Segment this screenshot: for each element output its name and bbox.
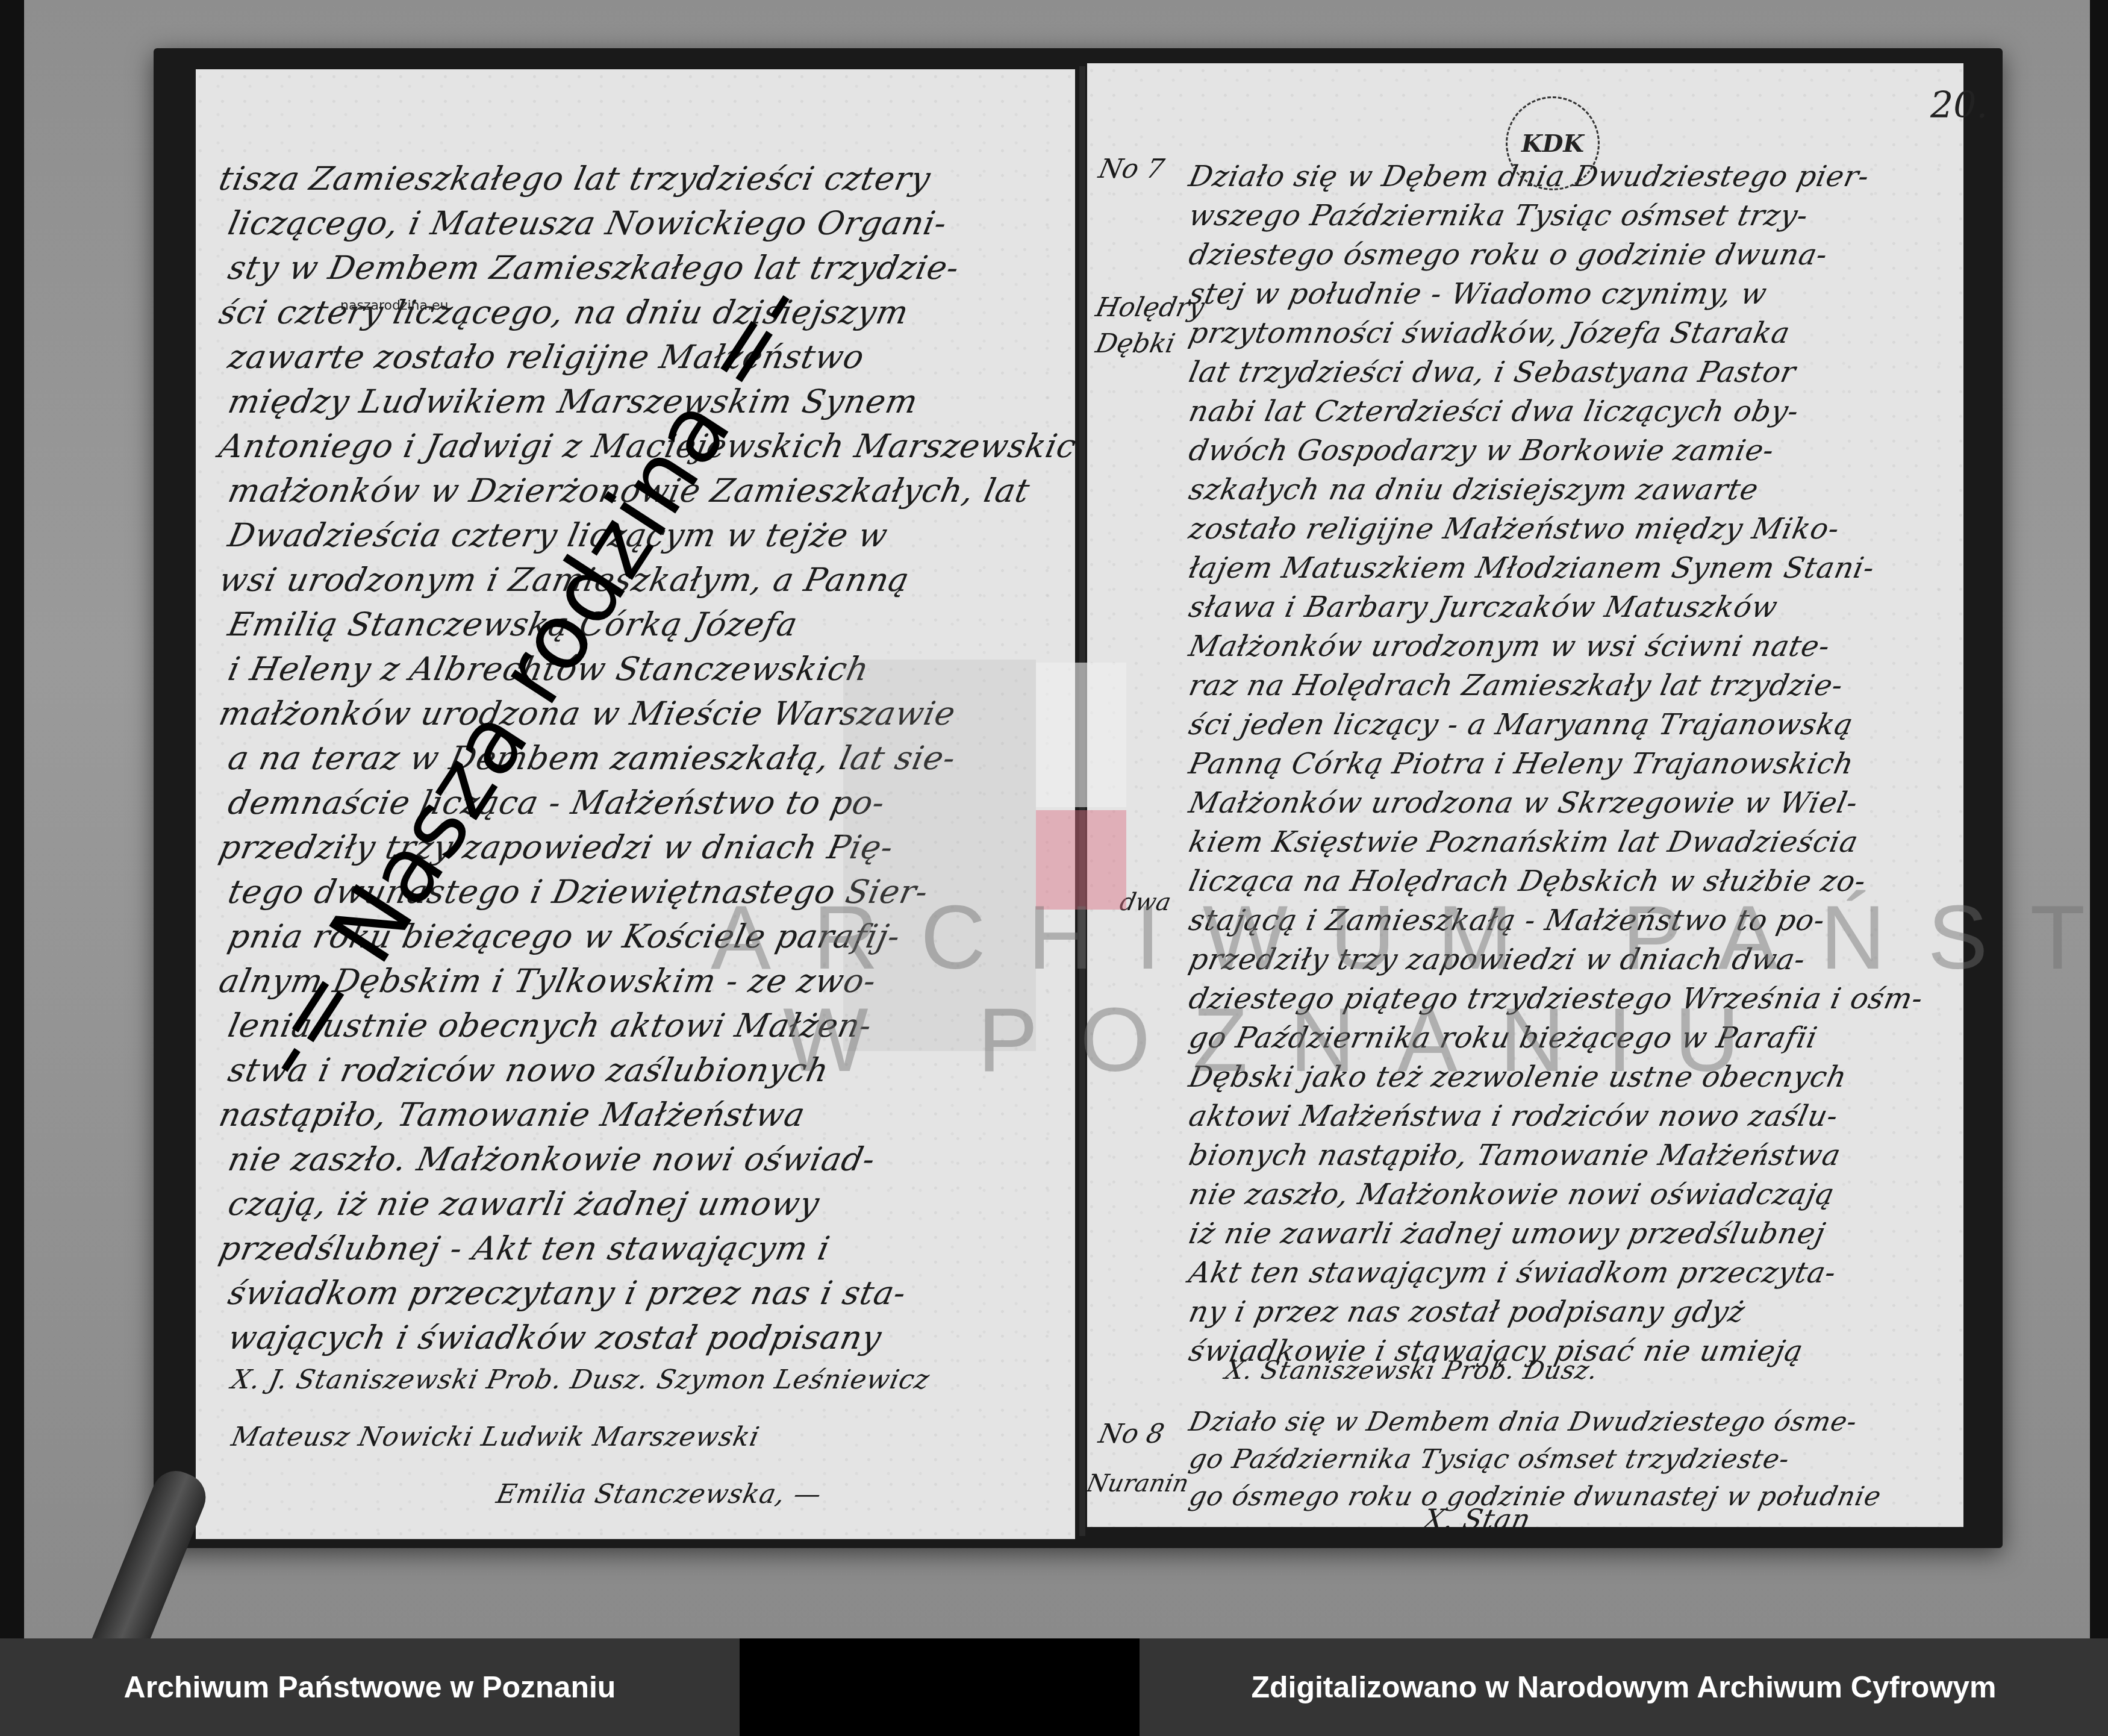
entry7-text-line: bionych nastąpiło, Tamowanie Małżeństwa	[1186, 1138, 1844, 1172]
entry7-text-line: Małżonków urodzonym w wsi ściwni nate-	[1186, 629, 1833, 663]
archive-watermark-line2: W POZNANIU	[783, 988, 1782, 1092]
entry8-text-line: go ósmego roku o godzinie dwunastej w po…	[1187, 1481, 1885, 1512]
parish-stamp: KDK	[1506, 96, 1600, 190]
entry7-text-line: Panną Córką Piotra i Heleny Trajanowskic…	[1186, 747, 1857, 781]
entry7-place-1: Holędry	[1093, 292, 1208, 323]
left-signature: X. J. Staniszewski Prob. Dusz. Szymon Le…	[229, 1364, 933, 1395]
footer-bar: Archiwum Państwowe w Poznaniu Zdigitaliz…	[0, 1638, 2108, 1736]
entry7-text-line: przytomności świadków, Józefa Staraka	[1186, 316, 1793, 350]
entry7-text-line: raz na Holędrach Zamieszkały lat trzydzi…	[1186, 669, 1847, 702]
left-text-line: liczącego, i Mateusza Nowickiego Organi-	[225, 204, 950, 242]
entry7-text-line: dziestego ósmego roku o godzinie dwuna-	[1186, 238, 1831, 272]
entry7-text-line: iż nie zawarli żadnej umowy przedślubnej	[1186, 1217, 1829, 1250]
entry7-text-line: szkałych na dniu dzisiejszym zawarte	[1186, 473, 1762, 507]
left-text-line: przedślubnej - Akt ten stawającym i	[216, 1229, 834, 1267]
entry7-text-line: Małżonków urodzona w Skrzegowie w Wiel-	[1186, 786, 1861, 820]
color-calibration-white	[1036, 663, 1126, 807]
entry7-text-line: łajem Matuszkiem Młodzianem Synem Stani-	[1186, 551, 1878, 585]
entry8-text-line: go Października Tysiąc ośmset trzydziest…	[1187, 1444, 1792, 1475]
left-signature: Emilia Stanczewska, —	[494, 1479, 825, 1510]
entry7-text-line: zostało religijne Małżeństwo między Miko…	[1186, 512, 1842, 546]
entry7-number: No 7	[1096, 154, 1167, 184]
entry8-signature: X. Stan	[1421, 1503, 1534, 1527]
left-text-line: nastąpiło, Tamowanie Małżeństwa	[216, 1096, 809, 1134]
left-text-line: przedziły trzy zapowiedzi w dniach Pię-	[216, 828, 897, 866]
scanned-book-spread: tisza Zamieszkałego lat trzydzieści czte…	[0, 0, 2108, 1638]
entry8-place: Nuranin	[1087, 1470, 1191, 1497]
entry7-text-line: wszego Października Tysiąc ośmset trzy-	[1186, 199, 1812, 233]
left-text-line: demnaście licząca - Małżeństwo to po-	[225, 784, 888, 822]
entry7-place-2: Dębki	[1093, 328, 1178, 359]
left-text-line: świadkom przeczytany i przez nas i sta-	[225, 1274, 909, 1312]
left-signature: Mateusz Nowicki Ludwik Marszewski	[229, 1422, 762, 1452]
left-text-line: wających i świadków został podpisany	[225, 1319, 885, 1357]
folio-number: 20.	[1930, 84, 1988, 126]
entry7-text-line: dwóch Gospodarzy w Borkowie zamie-	[1186, 434, 1777, 467]
entry7-text-line: nie zaszło, Małżonkowie nowi oświadczają	[1186, 1178, 1838, 1211]
entry7-text-line: ny i przez nas został podpisany gdyż	[1186, 1295, 1748, 1329]
digitization-credit-label: Zdigitalizowano w Narodowym Archiwum Cyf…	[1140, 1638, 2108, 1736]
entry7-text-line: kiem Księstwie Poznańskim lat Dwadzieści…	[1186, 825, 1862, 859]
left-text-line: między Ludwikiem Marszewskim Synem	[225, 382, 921, 420]
entry8-number: No 8	[1096, 1419, 1167, 1449]
entry7-text-line: lat trzydzieści dwa, i Sebastyana Pastor	[1186, 355, 1799, 389]
entry7-text-line: aktowi Małżeństwa i rodziców nowo zaślu-	[1186, 1099, 1841, 1133]
entry7-text-line: ści jeden liczący - a Maryanną Trajanows…	[1186, 708, 1856, 742]
page-holder-stick	[88, 1464, 213, 1638]
archive-watermark-line1: ARCHIWUM PAŃSTWOWE	[711, 885, 2108, 990]
entry7-text-line: sława i Barbary Jurczaków Matuszków	[1186, 590, 1781, 624]
entry8-text-line: Działo się w Dembem dnia Dwudziestego ós…	[1187, 1407, 1860, 1437]
left-text-line: nie zaszło. Małżonkowie nowi oświad-	[225, 1140, 879, 1178]
entry7-signature: X. Staniszewski Prob. Dusz.	[1223, 1355, 1601, 1385]
left-text-line: tisza Zamieszkałego lat trzydzieści czte…	[216, 160, 934, 198]
entry7-text-line: nabi lat Czterdzieści dwa liczących oby-	[1186, 395, 1802, 428]
archive-name-label: Archiwum Państwowe w Poznaniu	[0, 1638, 740, 1736]
entry7-text-line: stej w południe - Wiadomo czynimy, w	[1186, 277, 1770, 311]
right-page: Działo się w Dębem dnia Dwudziestego pie…	[1087, 63, 1963, 1527]
entry7-text-line: Akt ten stawającym i świadkom przeczyta-	[1186, 1256, 1839, 1290]
left-text-line: sty w Dembem Zamieszkałego lat trzydzie-	[225, 249, 962, 287]
site-watermark: naszarodzina.eu	[340, 298, 448, 313]
left-text-line: czają, iż nie zawarli żadnej umowy	[225, 1185, 823, 1223]
